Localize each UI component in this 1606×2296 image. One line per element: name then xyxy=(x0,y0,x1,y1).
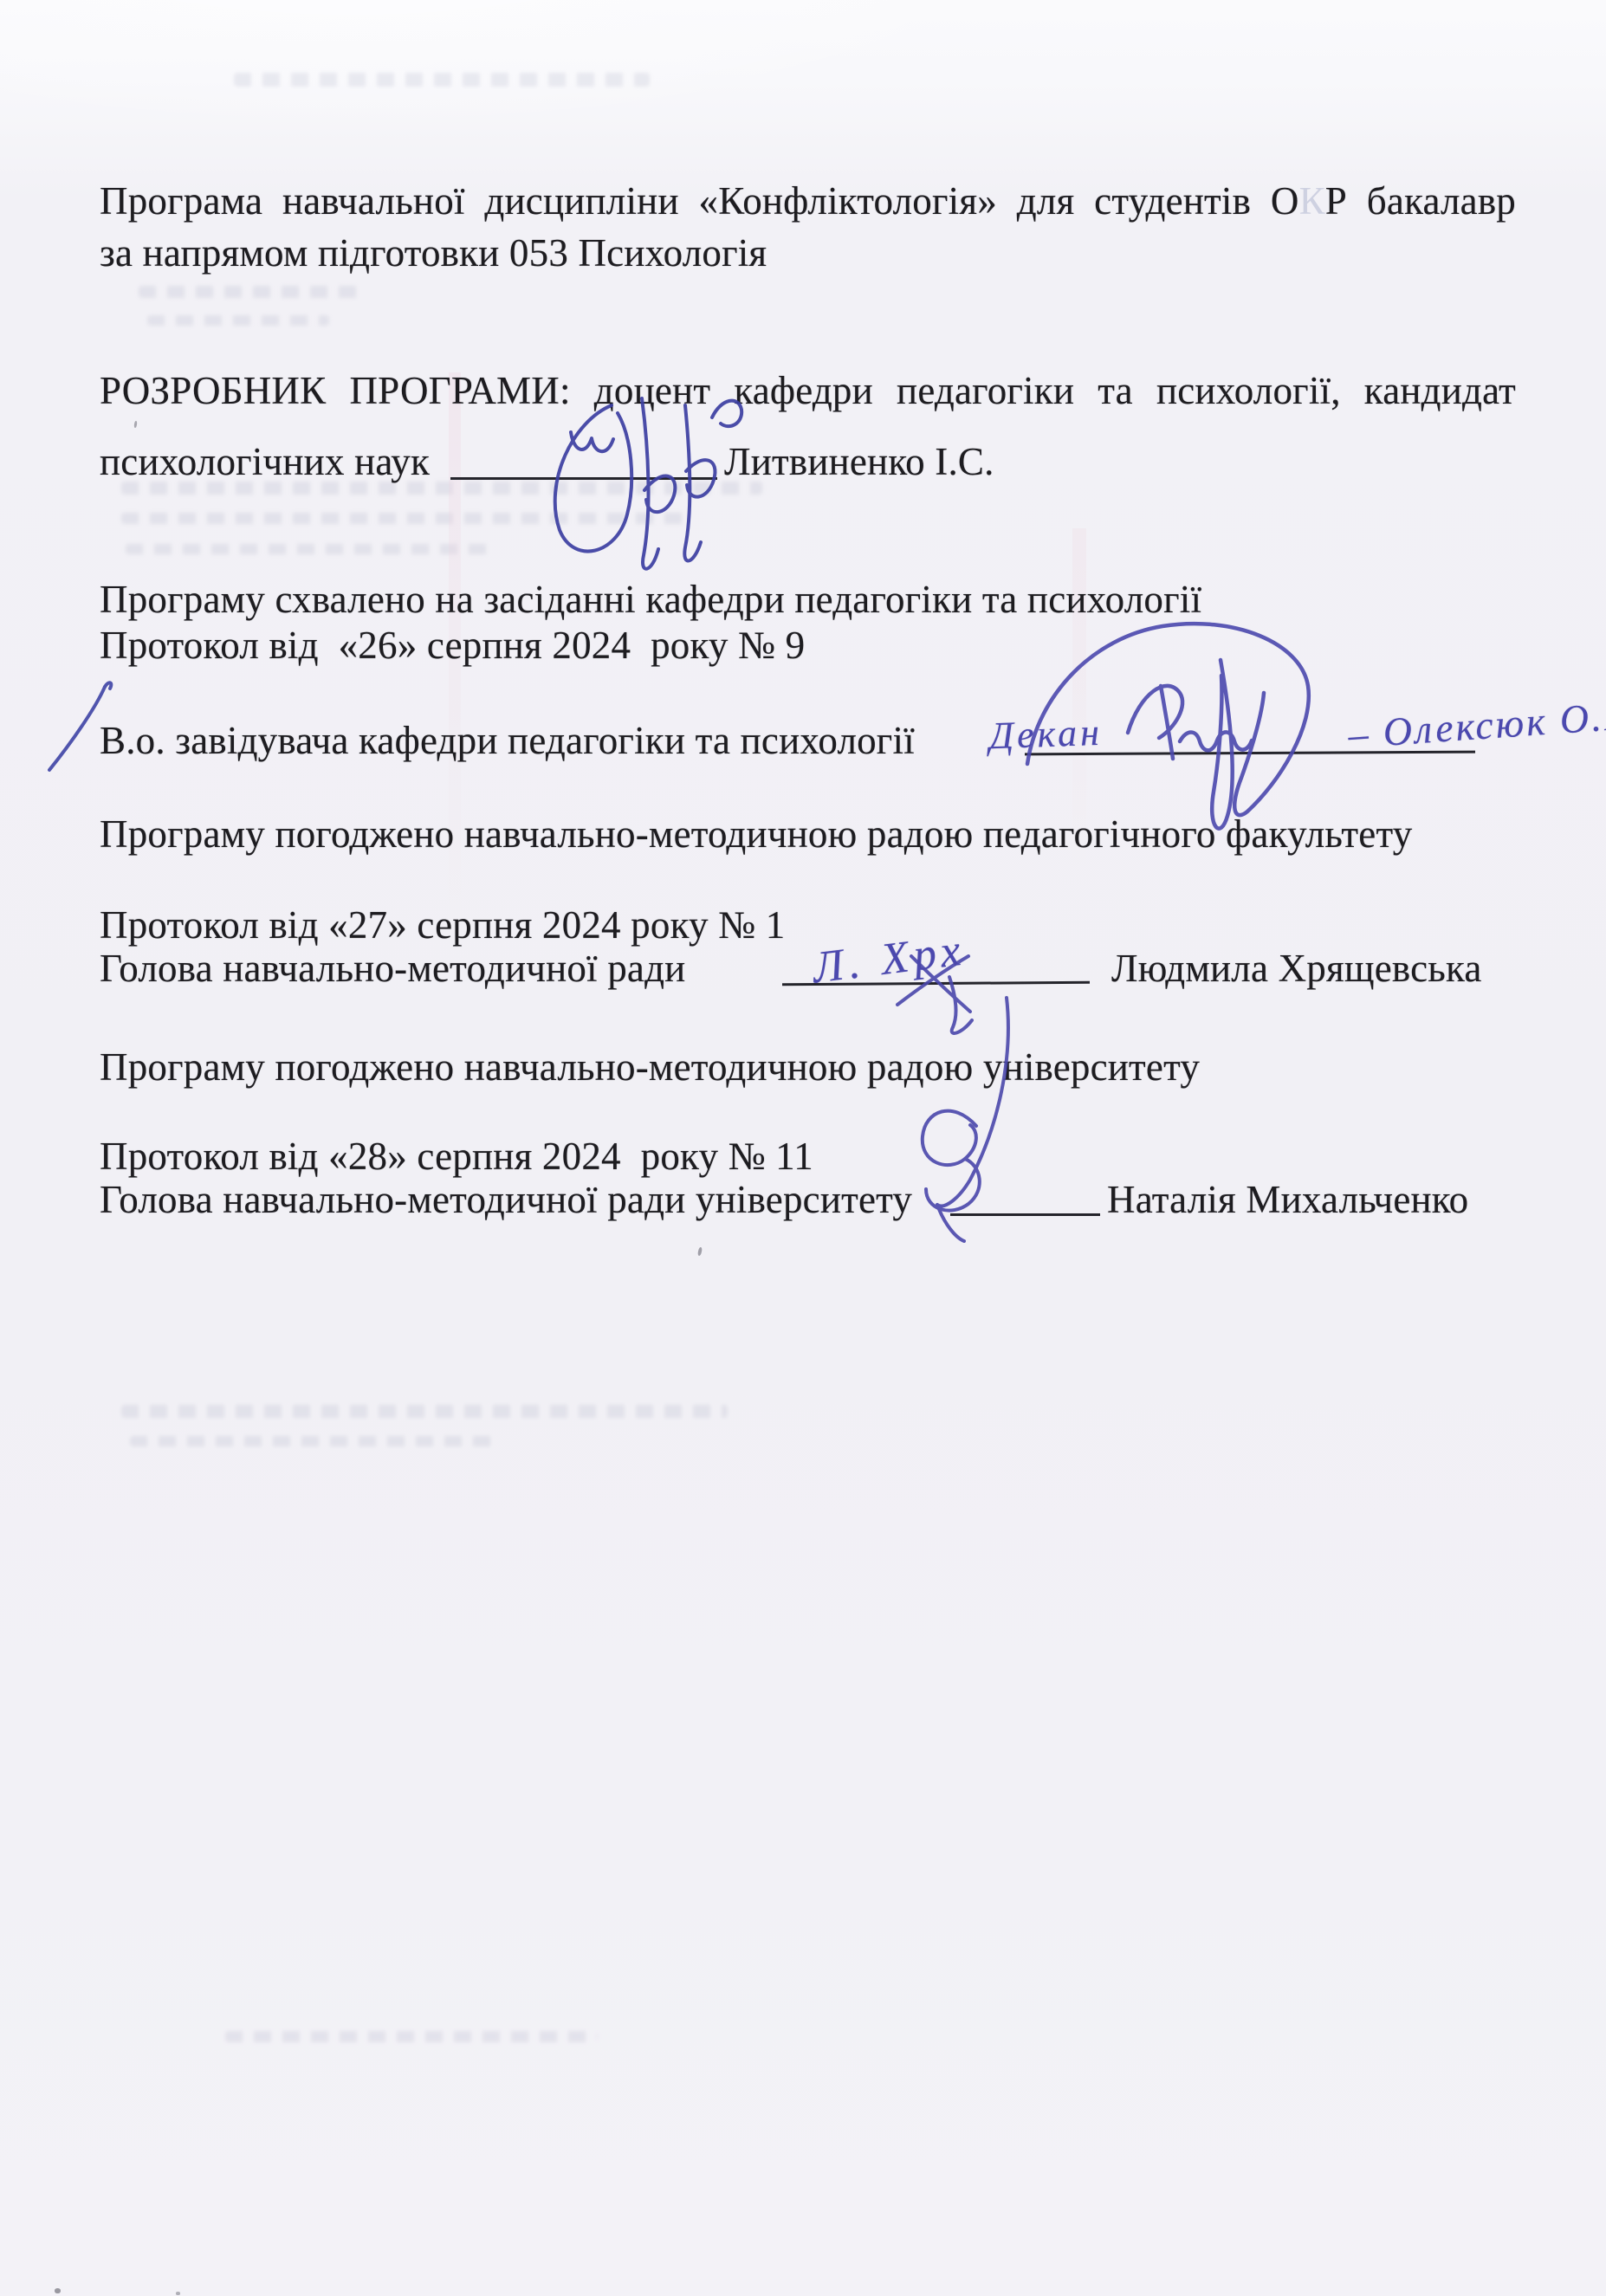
bleed-through-line xyxy=(121,1405,728,1418)
department-approval-protocol: Протокол від «26» серпня 2024 року № 9 xyxy=(100,619,805,671)
pen-mark-hook xyxy=(105,682,111,689)
faculty-approval-signatory: Голова навчально-методичної ради xyxy=(100,942,685,994)
signature-mykhalchenko xyxy=(923,998,1008,1241)
bleed-through-line xyxy=(234,73,650,87)
scan-speck xyxy=(176,2292,180,2295)
bleed-through-line xyxy=(139,286,364,298)
title-line1-text: Програма навчальної дисципліни «Конфлікт… xyxy=(100,179,1299,223)
university-approval-signatory: Голова навчально-методичної ради універс… xyxy=(100,1174,912,1226)
signature-stroke xyxy=(1161,686,1173,759)
faculty-approval-statement: Програму погоджено навчально-методичною … xyxy=(100,808,1412,860)
signature-stroke xyxy=(1128,686,1182,738)
pen-mark-slash xyxy=(49,687,105,770)
signature-stroke xyxy=(1212,660,1233,829)
signature-stroke xyxy=(937,998,1008,1206)
handwritten-role: Декан xyxy=(988,710,1104,759)
signature-stroke xyxy=(949,977,972,1033)
faculty-chair-name: Людмила Хрящевська xyxy=(1111,942,1482,994)
scan-speck xyxy=(697,1247,703,1257)
signature-stroke xyxy=(926,1159,980,1211)
department-approval-statement: Програму схвалено на засіданні кафедри п… xyxy=(100,573,1201,625)
signature-stroke xyxy=(937,1205,964,1241)
title-line1-tail: Р бакалавр xyxy=(1325,179,1516,223)
developer-line-2: психологічних наук xyxy=(100,436,430,488)
bleed-through-line xyxy=(147,315,329,326)
department-approval-signatory: В.о. завідувача кафедри педагогіки та пс… xyxy=(100,715,915,766)
bleed-through-line xyxy=(130,1436,494,1446)
signature-line-university xyxy=(950,1213,1100,1216)
bleed-through-line xyxy=(225,2031,598,2042)
developer-line1-rest: доцент кафедри педагогіки та психології,… xyxy=(571,369,1516,412)
scanned-document-page: Програма навчальної дисципліни «Конфлікт… xyxy=(0,0,1606,2296)
developer-name: Литвиненко І.С. xyxy=(724,436,994,488)
signature-line-developer xyxy=(450,477,717,480)
title-line-2: за напрямом підготовки 053 Психологія xyxy=(100,227,767,279)
bleed-through-line xyxy=(126,544,489,554)
university-approval-statement: Програму погоджено навчально-методичною … xyxy=(100,1041,1200,1093)
developer-label: РОЗРОБНИК ПРОГРАМИ: xyxy=(100,369,571,412)
title-erased-letter: К xyxy=(1299,179,1325,223)
scan-speck xyxy=(55,2288,61,2293)
university-chair-name: Наталія Михальченко xyxy=(1107,1174,1468,1226)
handwritten-name-oleksiuk: – Олексюк О.М xyxy=(1347,691,1606,757)
bleed-through-line xyxy=(121,513,693,524)
signature-stroke xyxy=(1180,732,1252,750)
signature-stroke xyxy=(923,1111,976,1165)
